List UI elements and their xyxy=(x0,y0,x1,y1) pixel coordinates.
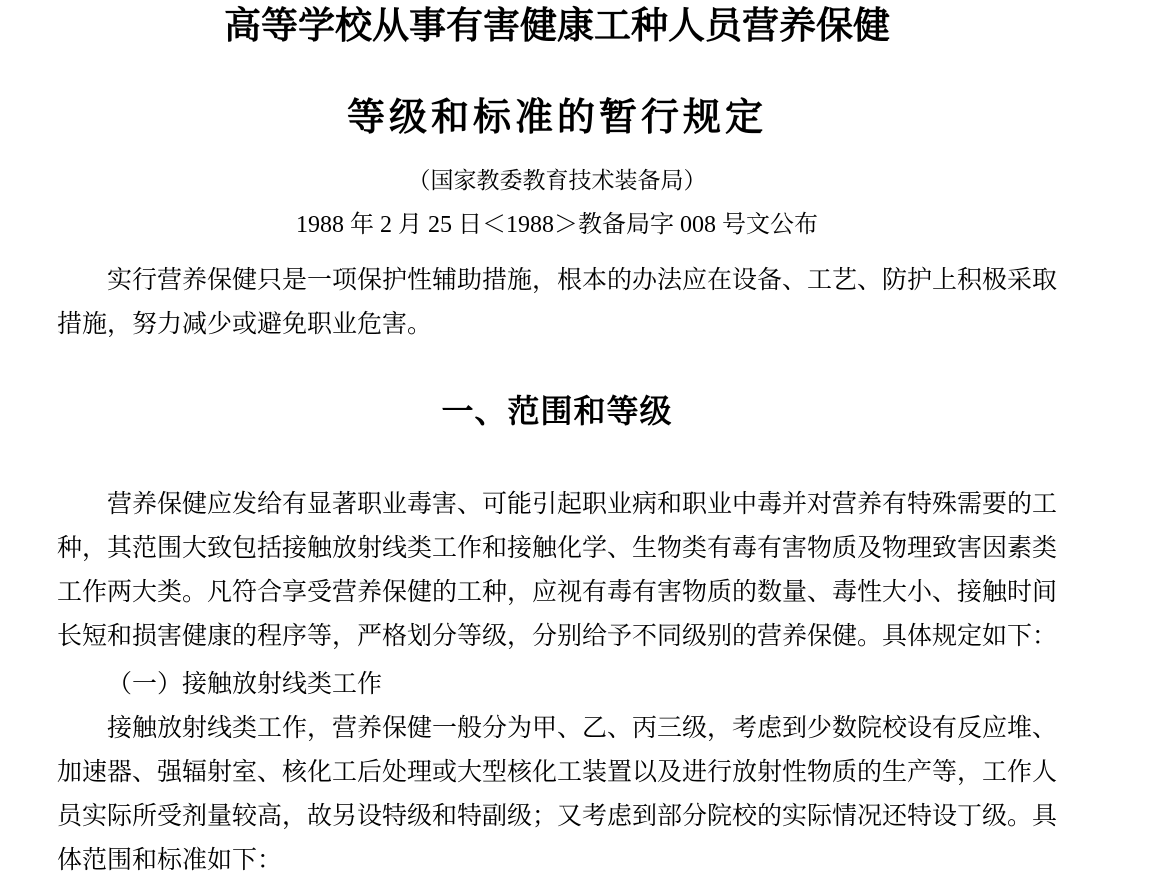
section-1-paragraph-scope: 营养保健应发给有显著职业毒害、可能引起职业病和职业中毒并对营养有特殊需要的工种，… xyxy=(57,483,1057,659)
publication-info-line: 1988 年 2 月 25 日＜1988＞教备局字 008 号文公布 xyxy=(57,209,1057,241)
section-1-heading: 一、范围和等级 xyxy=(57,389,1057,433)
document-page: 高等学校从事有害健康工种人员营养保健 等级和标准的暂行规定 （国家教委教育技术装… xyxy=(0,0,1154,890)
issuing-agency-line: （国家教委教育技术装备局） xyxy=(57,165,1057,197)
document-title-line1: 高等学校从事有害健康工种人员营养保健 xyxy=(57,4,1057,48)
section-1-paragraph-radiation: 接触放射线类工作，营养保健一般分为甲、乙、丙三级，考虑到少数院校设有反应堆、加速… xyxy=(57,707,1057,883)
intro-paragraph: 实行营养保健只是一项保护性辅助措施，根本的办法应在设备、工艺、防护上积极采取措施… xyxy=(57,259,1057,347)
section-1-item-1-label: （一）接触放射线类工作 xyxy=(57,663,1057,707)
document-title-line2: 等级和标准的暂行规定 xyxy=(57,96,1057,140)
